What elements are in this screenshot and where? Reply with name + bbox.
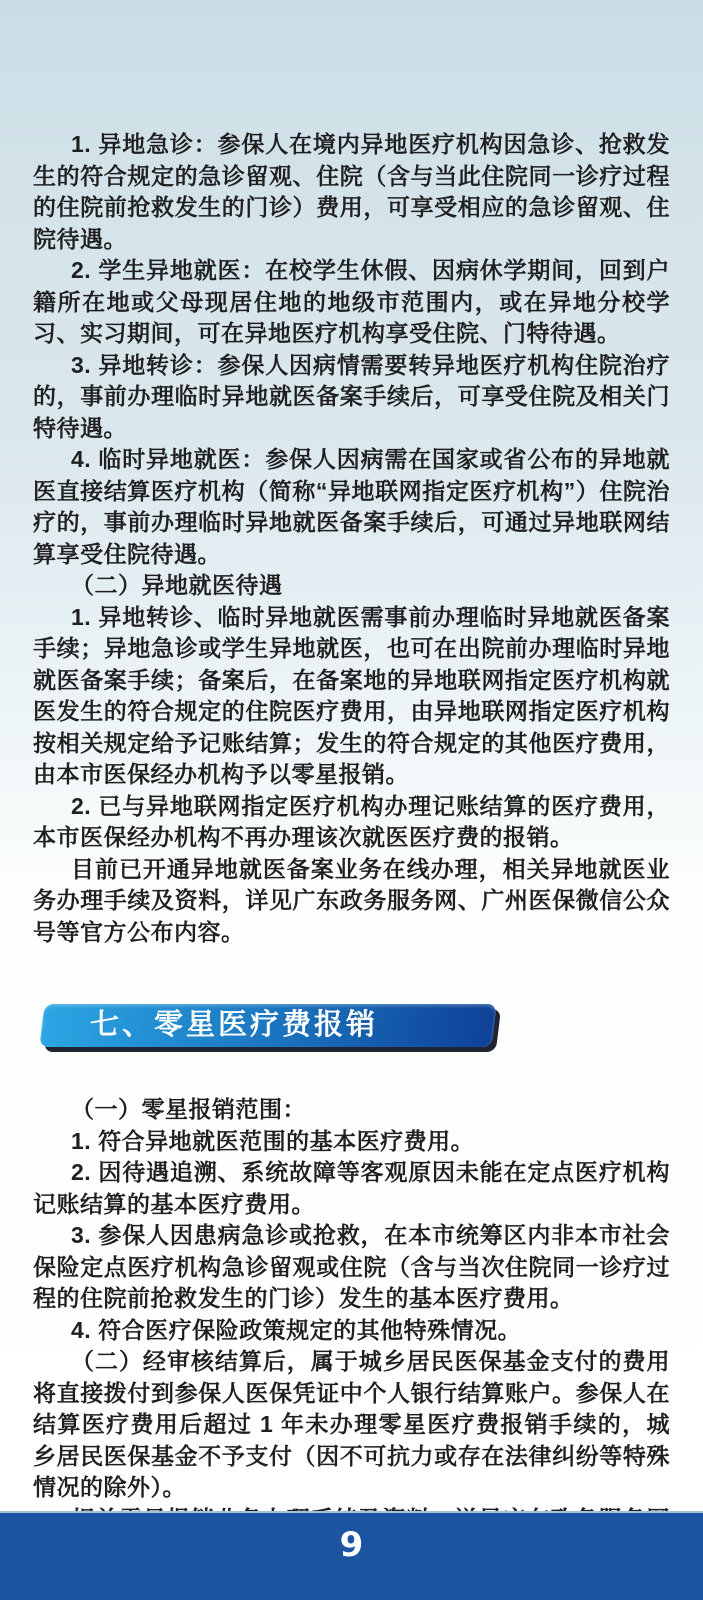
document-content: 1. 异地急诊：参保人在境内异地医疗机构因急诊、抢救发生的符合规定的急诊留观、住…	[0, 0, 703, 1567]
subheading-remote-care-benefits: （二）异地就医待遇	[33, 570, 670, 602]
paragraph-scope-item-4: 4. 符合医疗保险政策规定的其他特殊情况。	[33, 1315, 670, 1347]
paragraph-remote-referral: 3. 异地转诊：参保人因病情需要转异地医疗机构住院治疗的，事前办理临时异地就医备…	[33, 350, 670, 445]
paragraph-remote-emergency: 1. 异地急诊：参保人在境内异地医疗机构因急诊、抢救发生的符合规定的急诊留观、住…	[33, 129, 670, 255]
footer-bar: 9	[0, 1511, 703, 1600]
subheading-reimbursement-scope: （一）零星报销范围：	[33, 1094, 670, 1126]
brochure-page: 1. 异地急诊：参保人在境内异地医疗机构因急诊、抢救发生的符合规定的急诊留观、住…	[0, 0, 703, 1600]
paragraph-scope-item-2: 2. 因待遇追溯、系统故障等客观原因未能在定点医疗机构记账结算的基本医疗费用。	[33, 1157, 670, 1220]
paragraph-online-filing-info: 目前已开通异地就医备案业务在线办理，相关异地就医业务办理手续及资料，详见广东政务…	[33, 854, 670, 949]
section-banner: 七、零星医疗费报销	[42, 1004, 494, 1047]
paragraph-student-remote-care: 2. 学生异地就医：在校学生休假、因病休学期间，回到户籍所在地或父母现居住地的地…	[33, 255, 670, 350]
paragraph-filing-procedure: 1. 异地转诊、临时异地就医需事前办理临时异地就医备案手续；异地急诊或学生异地就…	[33, 602, 670, 791]
paragraph-payment-after-review: （二）经审核结算后，属于城乡居民医保基金支付的费用将直接拨付到参保人医保凭证中个…	[33, 1346, 670, 1504]
paragraph-scope-item-3: 3. 参保人因患病急诊或抢救，在本市统筹区内非本市社会保险定点医疗机构急诊留观或…	[33, 1220, 670, 1315]
paragraph-temporary-remote-care: 4. 临时异地就医：参保人因病需在国家或省公布的异地就医直接结算医疗机构（简称“…	[33, 444, 670, 570]
page-number: 9	[340, 1525, 364, 1565]
paragraph-scope-item-1: 1. 符合异地就医范围的基本医疗费用。	[33, 1126, 670, 1158]
paragraph-settled-expenses: 2. 已与异地联网指定医疗机构办理记账结算的医疗费用，本市医保经办机构不再办理该…	[33, 791, 670, 854]
section-banner-title: 七、零星医疗费报销	[42, 1004, 494, 1047]
